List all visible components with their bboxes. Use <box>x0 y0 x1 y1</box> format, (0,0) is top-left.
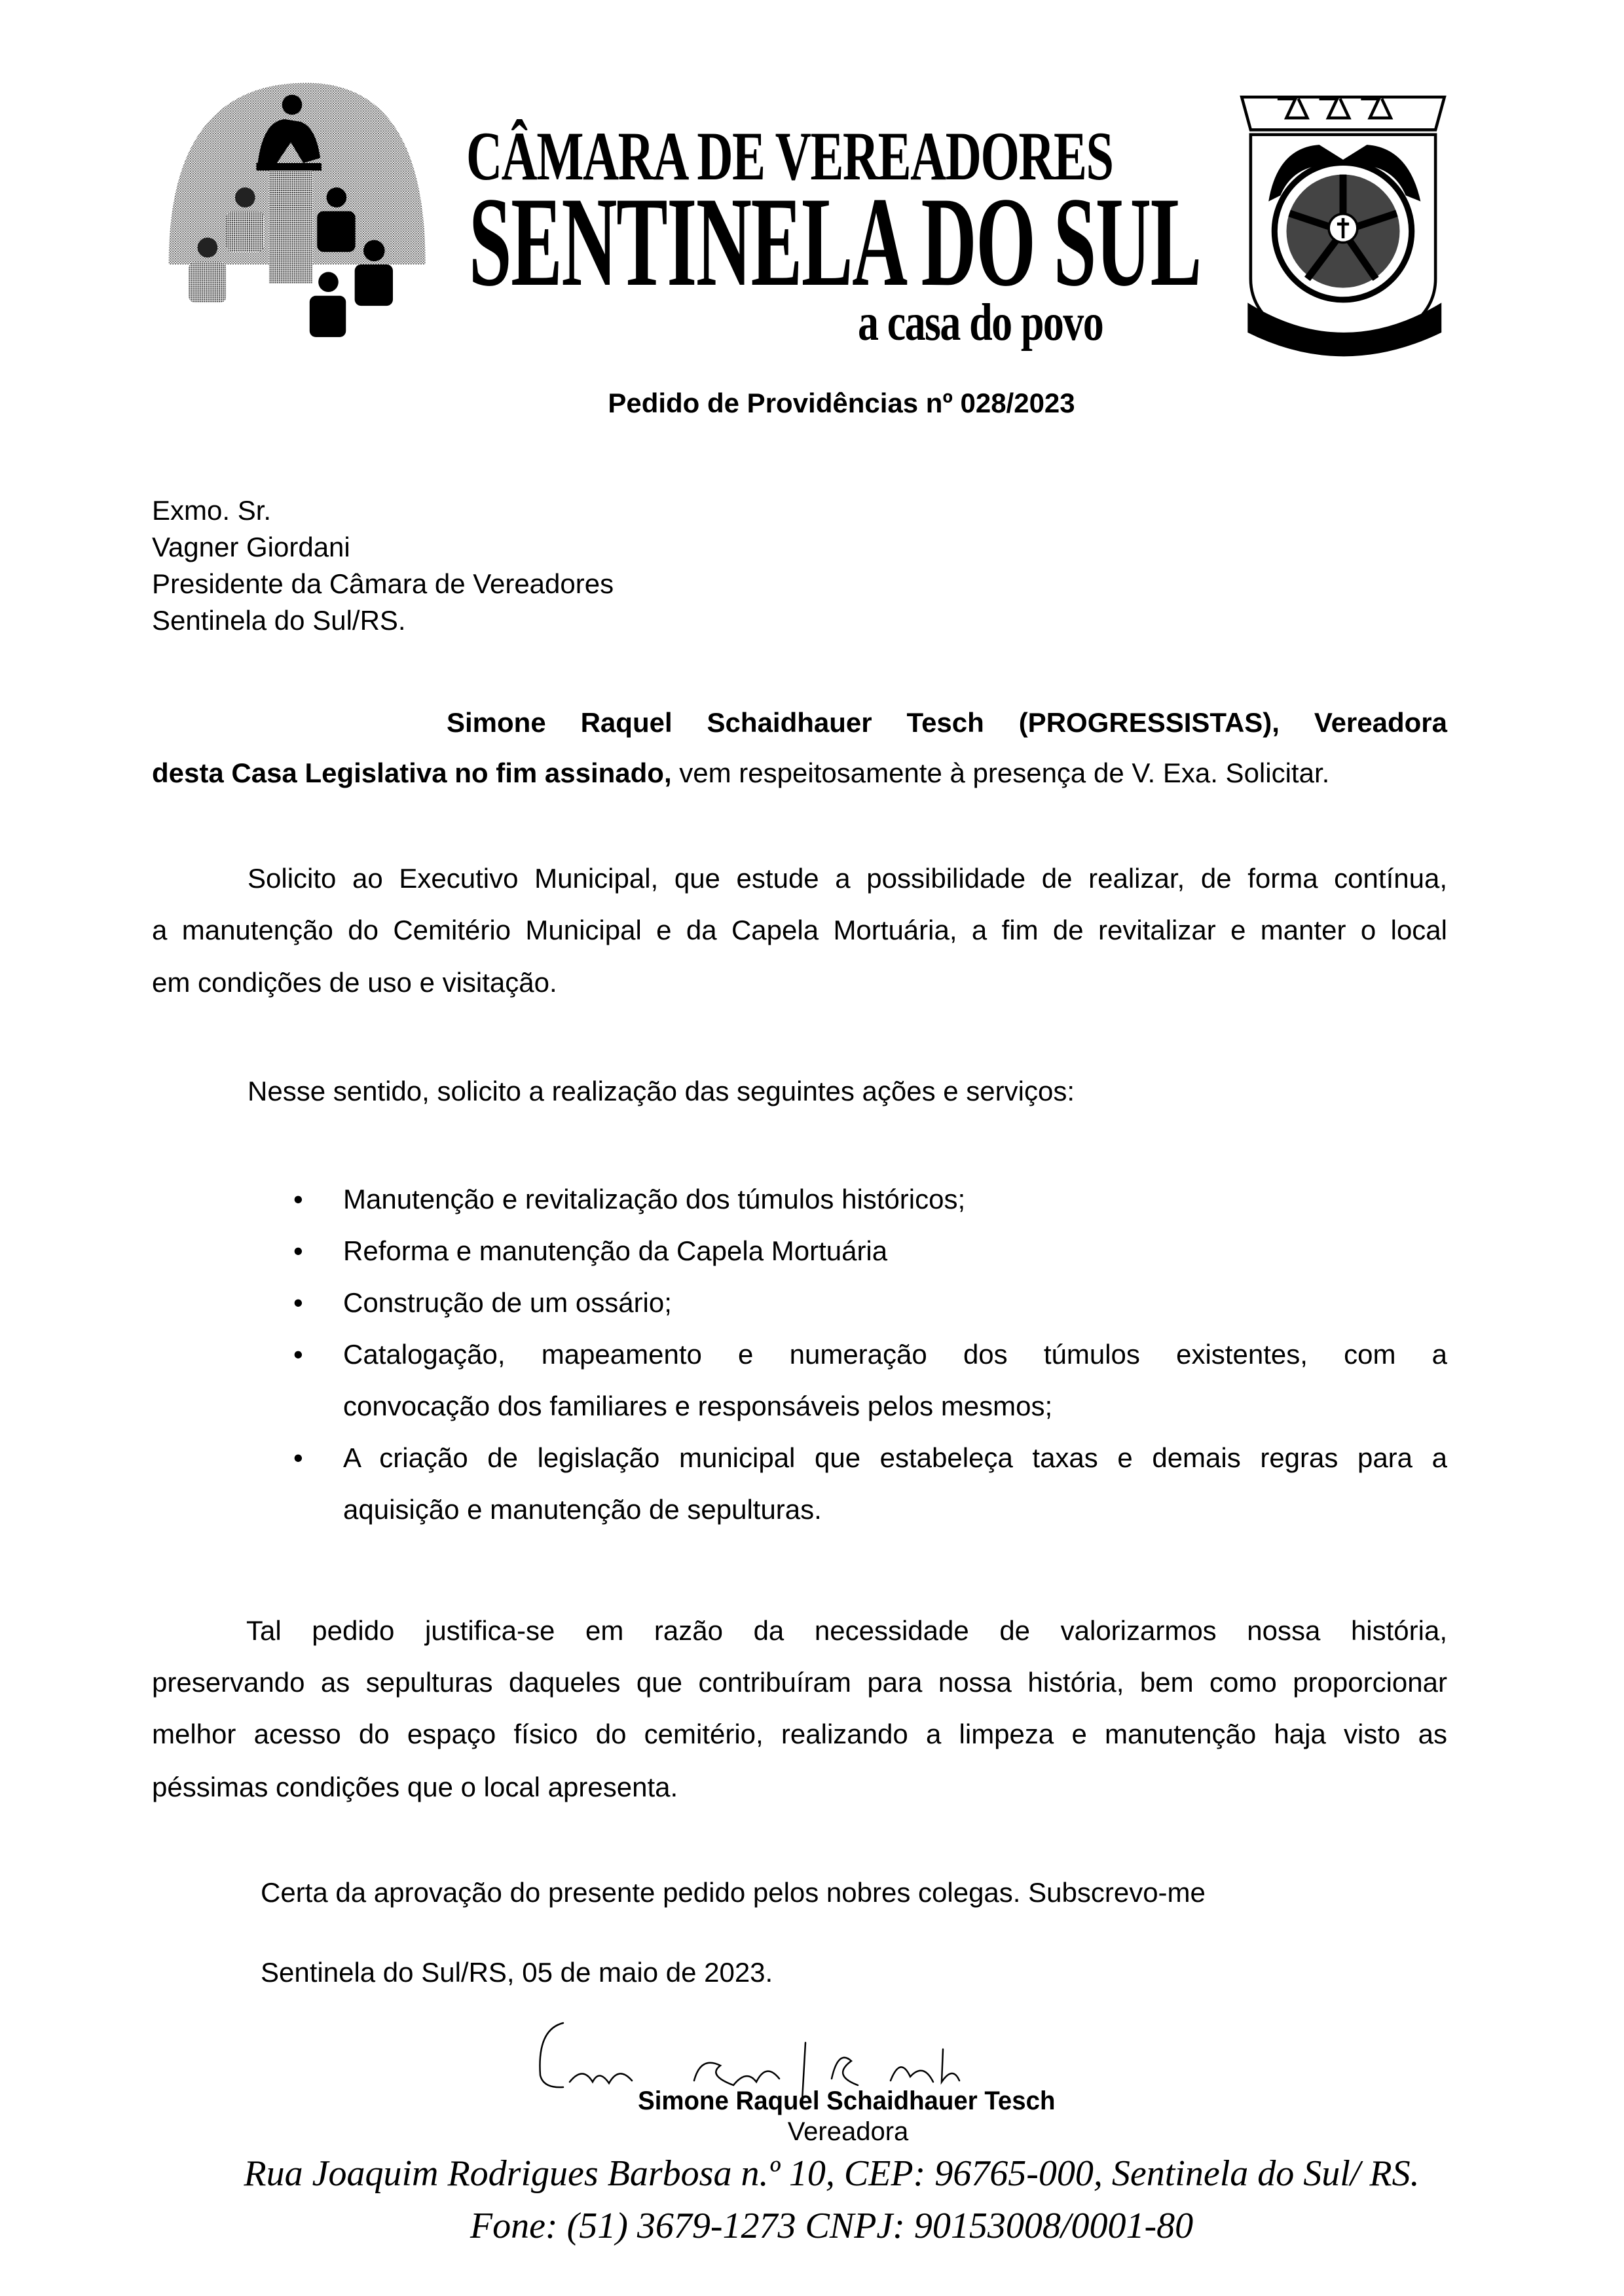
list-item: Catalogação, mapeamento e numeração dos … <box>343 1339 1447 1370</box>
paragraph-justification-line: Tal pedido justifica-se em razão da nece… <box>246 1615 1447 1647</box>
list-item: Construção de um ossário; <box>343 1287 1447 1319</box>
bullet-icon: • <box>293 1235 303 1267</box>
signatory-role: Vereadora <box>0 2117 1624 2147</box>
bullet-icon: • <box>293 1287 303 1319</box>
list-item-continuation: aquisição e manutenção de sepulturas. <box>343 1494 1447 1525</box>
municipal-coat-of-arms-icon <box>1230 81 1456 369</box>
addressee-salutation: Exmo. Sr. <box>152 495 271 526</box>
list-item-continuation: convocação dos familiares e responsáveis… <box>343 1391 1447 1422</box>
paragraph-actions-intro: Nesse sentido, solicito a realização das… <box>248 1076 1075 1107</box>
footer-address: Rua Joaquim Rodrigues Barbosa n.º 10, CE… <box>0 2153 1624 2195</box>
requester-role: desta Casa Legislativa no fim assinado, <box>152 757 672 788</box>
council-assembly-logo <box>162 80 451 361</box>
list-item: Manutenção e revitalização dos túmulos h… <box>343 1184 1447 1215</box>
requester-identification: Simone Raquel Schaidhauer Tesch (PROGRES… <box>447 707 1447 738</box>
list-item: Reforma e manutenção da Capela Mortuária <box>343 1235 1447 1267</box>
paragraph-justification-line: preservando as sepulturas daqueles que c… <box>152 1667 1447 1698</box>
paragraph-request-line: Solicito ao Executivo Municipal, que est… <box>248 863 1447 894</box>
intro-line-2: desta Casa Legislativa no fim assinado, … <box>152 757 1447 789</box>
footer-contact: Fone: (51) 3679-1273 CNPJ: 90153008/0001… <box>0 2205 1624 2247</box>
bullet-icon: • <box>293 1339 303 1370</box>
paragraph-request-line: em condições de uso e visitação. <box>152 967 1447 998</box>
paragraph-justification-line: péssimas condições que o local apresenta… <box>152 1772 1447 1803</box>
closing-text: Certa da aprovação do presente pedido pe… <box>261 1877 1206 1908</box>
addressee-title: Presidente da Câmara de Vereadores <box>152 568 614 600</box>
header-municipality-name: SENTINELA DO SUL <box>469 178 1201 306</box>
paragraph-request-line: a manutenção do Cemitério Municipal e da… <box>152 915 1447 946</box>
bullet-icon: • <box>293 1442 303 1474</box>
intro-line-1: Simone Raquel Schaidhauer Tesch (PROGRES… <box>447 707 1447 738</box>
council-assembly-icon <box>162 80 451 361</box>
addressee-name: Vagner Giordani <box>152 532 350 563</box>
bullet-icon: • <box>293 1184 303 1215</box>
list-item: A criação de legislação municipal que es… <box>343 1442 1447 1474</box>
place-and-date: Sentinela do Sul/RS, 05 de maio de 2023. <box>261 1957 773 1988</box>
addressee-location: Sentinela do Sul/RS. <box>152 605 406 636</box>
municipal-crest <box>1230 81 1456 369</box>
intro-request-text: vem respeitosamente à presença de V. Exa… <box>672 757 1330 788</box>
paragraph-justification-line: melhor acesso do espaço físico do cemité… <box>152 1719 1447 1750</box>
document-title: Pedido de Providências nº 028/2023 <box>0 388 1624 419</box>
signatory-name: Simone Raquel Schaidhauer Tesch <box>33 2086 1592 2116</box>
header-slogan: a casa do povo <box>858 293 1103 353</box>
